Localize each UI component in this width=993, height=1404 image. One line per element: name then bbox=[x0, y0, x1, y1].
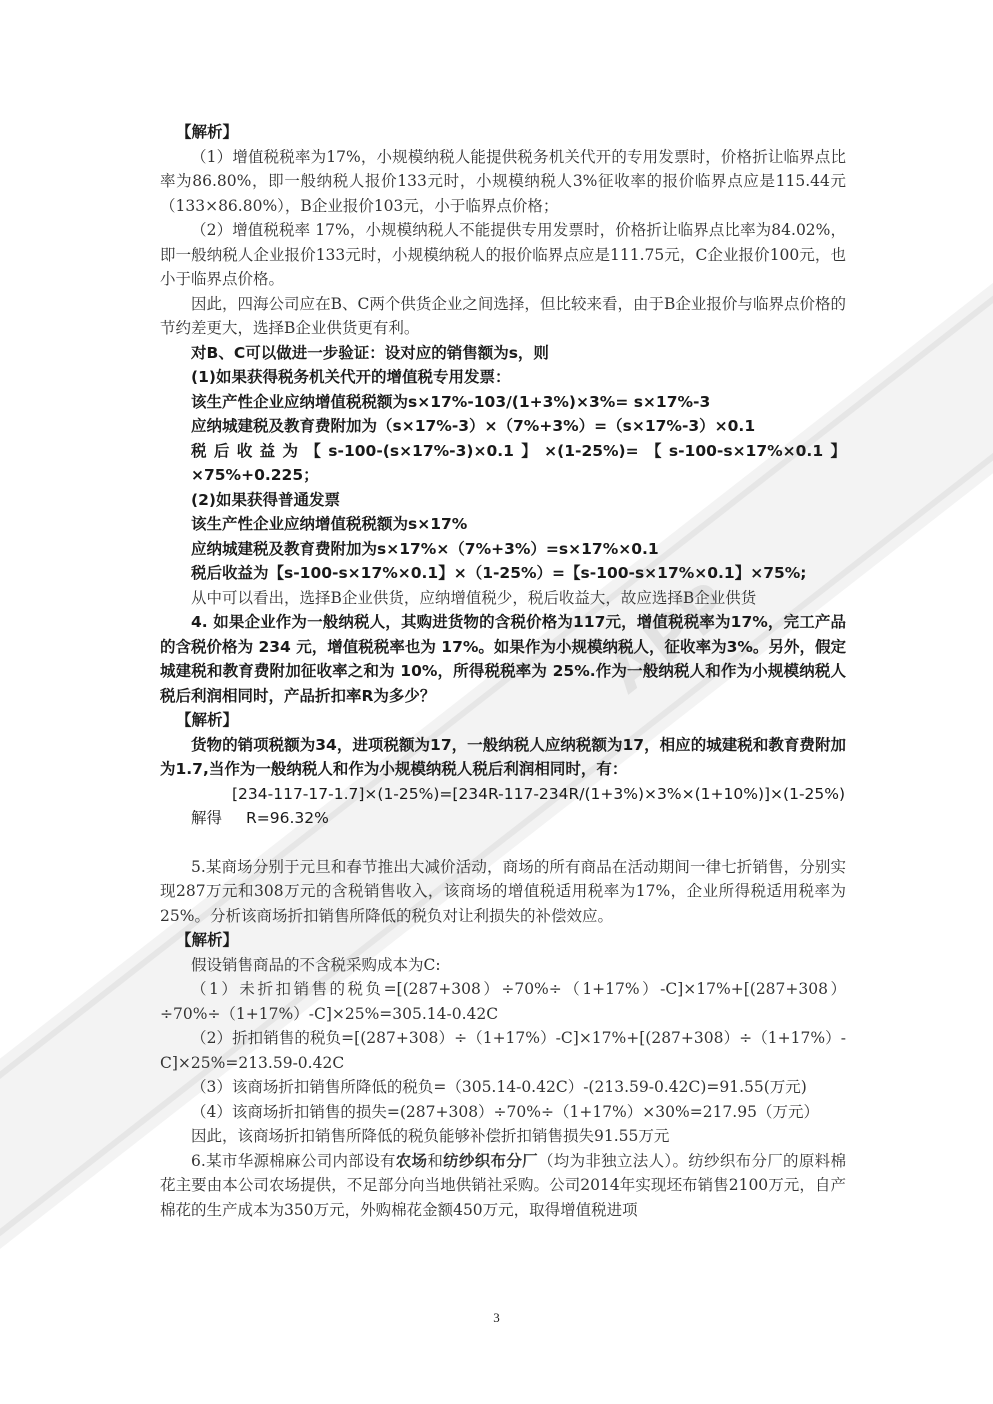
question-6-mid: 和 bbox=[427, 1152, 443, 1170]
case2-title: (2)如果获得普通发票 bbox=[160, 488, 846, 513]
question-6-farm: 农场 bbox=[396, 1152, 428, 1170]
verify-intro: 对B、C可以做进一步验证：设对应的销售额为s，则 bbox=[160, 341, 846, 366]
case1-profit: 税后收益为【s-100-(s×17%-3)×0.1】×(1-25%)=【s-10… bbox=[160, 439, 846, 488]
case2-profit: 税后收益为【s-100-s×17%×0.1】×（1-25%）=【s-100-s×… bbox=[160, 561, 846, 586]
solve-label: 解得 bbox=[191, 809, 222, 827]
analysis-heading: 【解析】 bbox=[160, 120, 846, 145]
question-5-analysis-heading: 【解析】 bbox=[160, 928, 846, 953]
question-5-step-2: （2）折扣销售的税负=[(287+308）÷（1+17%）-C]×17%+[(2… bbox=[160, 1026, 846, 1075]
spacer bbox=[160, 831, 846, 855]
case1-vat: 该生产性企业应纳增值税税额为s×17%-103/(1+3%)×3%= s×17%… bbox=[160, 390, 846, 415]
question-4-analysis-heading: 【解析】 bbox=[160, 708, 846, 733]
case2-vat: 该生产性企业应纳增值税税额为s×17% bbox=[160, 512, 846, 537]
question-5: 5.某商场分别于元旦和春节推出大减价活动，商场的所有商品在活动期间一律七折销售，… bbox=[160, 855, 846, 929]
analysis-paragraph-3: 因此，四海公司应在B、C两个供货企业之间选择，但比较来看，由于B企业报价与临界点… bbox=[160, 292, 846, 341]
solve-value: R=96.32% bbox=[246, 809, 329, 827]
page-number: 3 bbox=[0, 1310, 993, 1326]
question-6-mill: 纺纱织布分厂 bbox=[443, 1152, 538, 1170]
question-4: 4. 如果企业作为一般纳税人，其购进货物的含税价格为117元，增值税税率为17%… bbox=[160, 610, 846, 708]
question-4-analysis: 货物的销项税额为34，进项税额为17，一般纳税人应纳税额为17，相应的城建税和教… bbox=[160, 733, 846, 782]
case1-surcharge: 应纳城建税及教育费附加为（s×17%-3）×（7%+3%）=（s×17%-3）×… bbox=[160, 414, 846, 439]
question-4-solution: 解得R=96.32% bbox=[160, 806, 846, 831]
question-5-step-3: （3）该商场折扣销售所降低的税负=（305.14-0.42C）-(213.59-… bbox=[160, 1075, 846, 1100]
document-page: 【解析】 （1）增值税税率为17%，小规模纳税人能提供税务机关代开的专用发票时，… bbox=[160, 120, 846, 1222]
case2-surcharge: 应纳城建税及教育费附加为s×17%×（7%+3%）=s×17%×0.1 bbox=[160, 537, 846, 562]
question-5-assumption: 假设销售商品的不含税采购成本为C: bbox=[160, 953, 846, 978]
case1-title: (1)如果获得税务机关代开的增值税专用发票： bbox=[160, 365, 846, 390]
section3-conclusion: 从中可以看出，选择B企业供货，应纳增值税少，税后收益大，故应选择B企业供货 bbox=[160, 586, 846, 611]
question-5-conclusion: 因此，该商场折扣销售所降低的税负能够补偿折扣销售损失91.55万元 bbox=[160, 1124, 846, 1149]
question-6-prefix: 6.某市华源棉麻公司内部设有 bbox=[191, 1152, 396, 1170]
analysis-paragraph-2: （2）增值税税率 17%，小规模纳税人不能提供专用发票时，价格折让临界点比率为8… bbox=[160, 218, 846, 292]
question-6: 6.某市华源棉麻公司内部设有农场和纺纱织布分厂（均为非独立法人）。纺纱织布分厂的… bbox=[160, 1149, 846, 1223]
analysis-paragraph-1: （1）增值税税率为17%，小规模纳税人能提供税务机关代开的专用发票时，价格折让临… bbox=[160, 145, 846, 219]
question-4-formula: [234-117-17-1.7]×(1-25%)=[234R-117-234R/… bbox=[160, 782, 846, 807]
question-5-step-4: （4）该商场折扣销售的损失=(287+308）÷70%÷（1+17%）×30%=… bbox=[160, 1100, 846, 1125]
question-5-step-1: （1）未折扣销售的税负=[(287+308）÷70%÷（1+17%）-C]×17… bbox=[160, 977, 846, 1026]
